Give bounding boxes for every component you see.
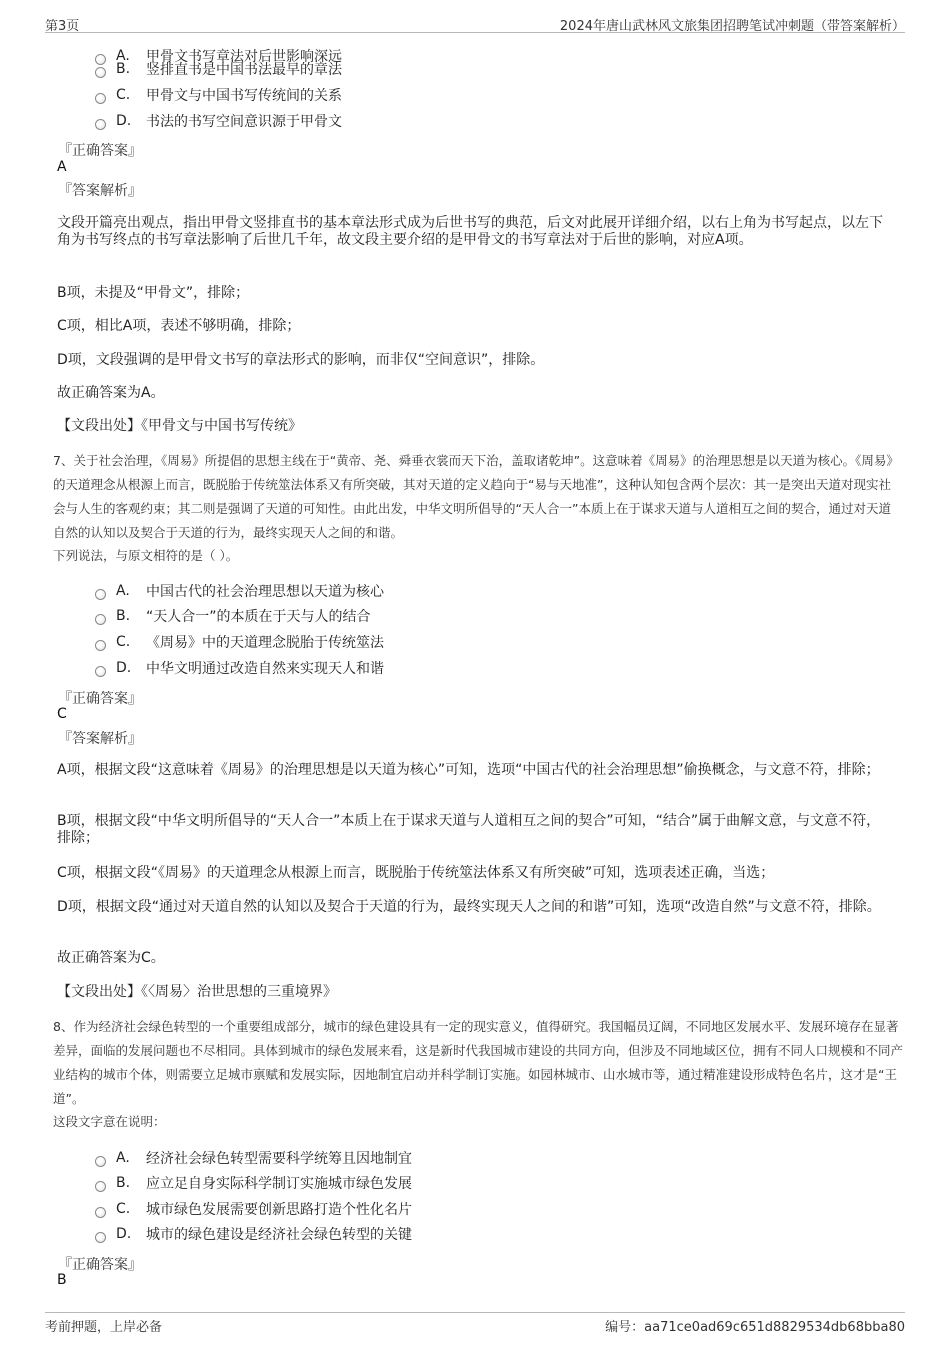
radio-icon[interactable] — [95, 93, 106, 104]
radio-icon[interactable] — [95, 614, 106, 625]
radio-icon[interactable] — [95, 1207, 106, 1218]
radio-icon[interactable] — [95, 589, 106, 600]
q7-option-c[interactable]: C. 《周易》中的天道理念脱胎于传统筮法 — [95, 632, 384, 652]
radio-icon[interactable] — [95, 1232, 106, 1243]
q6-analysis-2: C项，相比A项，表述不够明确，排除； — [57, 318, 887, 335]
q7-analysis-1: B项，根据文段“中华文明所倡导的“天人合一”本质上在于谋求天道与人道相互之间的契… — [57, 813, 887, 847]
page-header: 第3页 2024年唐山武林风文旅集团招聘笔试冲刺题（带答案解析） — [45, 14, 905, 33]
q7-answer-label: 『正确答案』 — [58, 688, 142, 708]
document-code: 编号：aa71ce0ad69c651d8829534db68bba80 — [605, 1316, 905, 1335]
radio-icon[interactable] — [95, 119, 106, 130]
q8-option-c[interactable]: C. 城市绿色发展需要创新思路打造个性化名片 — [95, 1199, 412, 1219]
q7-analysis-2: C项，根据文段“《周易》的天道理念从根源上而言，既脱胎于传统筮法体系又有所突破”… — [57, 865, 887, 882]
q6-analysis-0: 文段开篇亮出观点，指出甲骨文竖排直书的基本章法形式成为后世书写的典范，后文对此展… — [57, 215, 887, 249]
q7-option-a[interactable]: A. 中国古代的社会治理思想以天道为核心 — [95, 581, 384, 601]
q8-option-a[interactable]: A. 经济社会绿色转型需要科学统筹且因地制宜 — [95, 1148, 412, 1168]
q6-answer: A — [57, 159, 67, 175]
radio-icon[interactable] — [95, 1156, 106, 1167]
q6-analysis-label: 『答案解析』 — [58, 180, 142, 200]
q6-option-c[interactable]: C. 甲骨文与中国书写传统间的关系 — [95, 85, 342, 105]
q7-analysis-4: 故正确答案为C。 — [57, 950, 887, 967]
radio-icon[interactable] — [95, 666, 106, 677]
page-footer: 考前押题，上岸必备 编号：aa71ce0ad69c651d8829534db68… — [45, 1312, 905, 1333]
q7-stem: 7、关于社会治理，《周易》所提倡的思想主线在于“黄帝、尧、舜垂衣裳而天下治，盖取… — [53, 449, 903, 545]
q7-analysis-label: 『答案解析』 — [58, 728, 142, 748]
q7-option-d[interactable]: D. 中华文明通过改造自然来实现天人和谐 — [95, 658, 384, 678]
radio-icon[interactable] — [95, 1181, 106, 1192]
q8-answer: B — [57, 1272, 67, 1288]
q8-option-b[interactable]: B. 应立足自身实际科学制订实施城市绿色发展 — [95, 1173, 412, 1193]
q6-option-d[interactable]: D. 书法的书写空间意识源于甲骨文 — [95, 111, 342, 131]
document-title: 2024年唐山武林风文旅集团招聘笔试冲刺题（带答案解析） — [560, 15, 905, 34]
q8-answer-label: 『正确答案』 — [58, 1254, 142, 1274]
q7-analysis-3: D项，根据文段“通过对天道自然的认知以及契合于天道的行为，最终实现天人之间的和谐… — [57, 899, 887, 916]
q7-prompt: 下列说法，与原文相符的是（ ）。 — [53, 546, 238, 564]
q6-source: 【文段出处】《甲骨文与中国书写传统》 — [57, 418, 887, 435]
q7-source: 【文段出处】《〈周易〉治世思想的三重境界》 — [57, 984, 887, 1001]
q8-prompt: 这段文字意在说明： — [53, 1112, 166, 1130]
q6-analysis-3: D项，文段强调的是甲骨文书写的章法形式的影响，而非仅“空间意识”，排除。 — [57, 352, 887, 369]
q6-option-b[interactable]: B. 竖排直书是中国书法最早的章法 — [95, 59, 342, 79]
q7-answer: C — [57, 706, 67, 722]
radio-icon[interactable] — [95, 640, 106, 651]
q6-answer-label: 『正确答案』 — [58, 140, 142, 160]
radio-icon[interactable] — [95, 67, 106, 78]
q8-stem: 8、作为经济社会绿色转型的一个重要组成部分，城市的绿色建设具有一定的现实意义，值… — [53, 1015, 903, 1111]
page-number: 第3页 — [45, 15, 79, 34]
q6-analysis-1: B项，未提及“甲骨文”，排除； — [57, 285, 887, 302]
q7-option-b[interactable]: B. “天人合一”的本质在于天与人的结合 — [95, 606, 371, 626]
q7-analysis-0: A项，根据文段“这意味着《周易》的治理思想是以天道为核心”可知，选项“中国古代的… — [57, 762, 887, 779]
q8-option-d[interactable]: D. 城市的绿色建设是经济社会绿色转型的关键 — [95, 1224, 412, 1244]
q6-analysis-4: 故正确答案为A。 — [57, 385, 887, 402]
footer-slogan: 考前押题，上岸必备 — [45, 1316, 162, 1335]
